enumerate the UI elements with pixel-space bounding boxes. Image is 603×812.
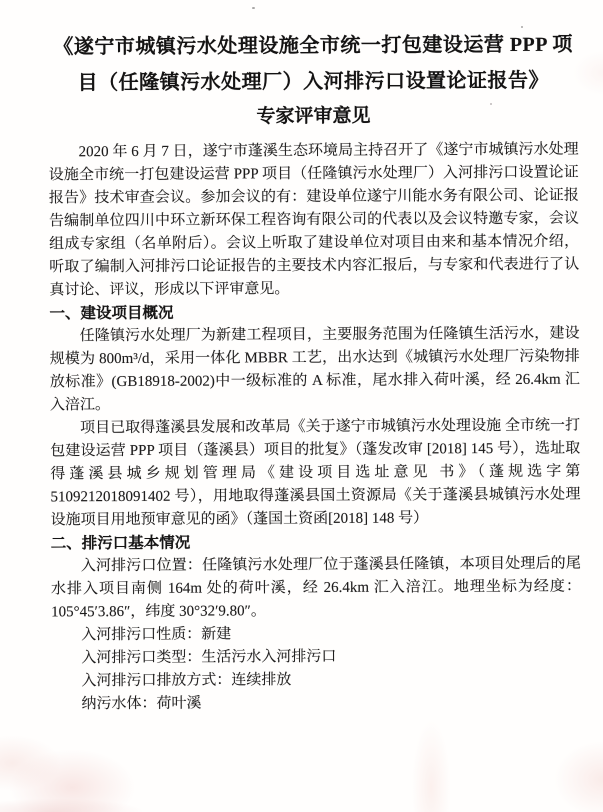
scan-speck xyxy=(252,7,255,9)
scanned-document-page: 《遂宁市城镇污水处理设施全市统一打包建设运营 PPP 项 目（任隆镇污水处理厂）… xyxy=(0,0,603,812)
paragraph-project-details: 任隆镇污水处理厂为新建工程项目，主要服务范围为任隆镇生活污水，建设规模为 800… xyxy=(50,323,580,418)
document-body: 2020 年 6 月 7 日，遂宁市蓬溪生态环境局主持召开了《遂宁市城镇污水处理… xyxy=(49,139,582,717)
line-outfall-nature: 入河排污口性质：新建 xyxy=(51,622,581,648)
document-title: 《遂宁市城镇污水处理设施全市统一打包建设运营 PPP 项 目（任隆镇污水处理厂）… xyxy=(48,27,578,102)
document-subtitle: 专家评审意见 xyxy=(48,100,578,135)
line-receiving-water-body: 纳污水体：荷叶溪 xyxy=(51,691,581,717)
paragraph-meeting-overview: 2020 年 6 月 7 日，遂宁市蓬溪生态环境局主持召开了《遂宁市城镇污水处理… xyxy=(49,139,580,303)
line-outfall-type: 入河排污口类型：生活污水入河排污口 xyxy=(51,645,581,671)
heading-outfall-basic-info: 二、排污口基本情况 xyxy=(51,530,581,556)
paragraph-project-approvals: 项目已取得蓬溪县发展和改革局《关于遂宁市城镇污水处理设施 全市统一打包建设运营 … xyxy=(50,415,581,533)
heading-project-overview: 一、建设项目概况 xyxy=(49,300,579,326)
line-discharge-mode: 入河排污口排放方式：连续排放 xyxy=(51,668,581,694)
document-title-line-1: 《遂宁市城镇污水处理设施全市统一打包建设运营 PPP 项 xyxy=(48,27,578,66)
document-title-line-2: 目（任隆镇污水处理厂）入河排污口设置论证报告》 xyxy=(48,63,578,102)
document-content: 《遂宁市城镇污水处理设施全市统一打包建设运营 PPP 项 目（任隆镇污水处理厂）… xyxy=(48,27,582,717)
scan-smudge xyxy=(0,784,180,812)
paragraph-outfall-location: 入河排污口位置：任隆镇污水处理厂位于蓬溪县任隆镇，本项目处理后的尾水排入项目南侧… xyxy=(51,553,581,625)
